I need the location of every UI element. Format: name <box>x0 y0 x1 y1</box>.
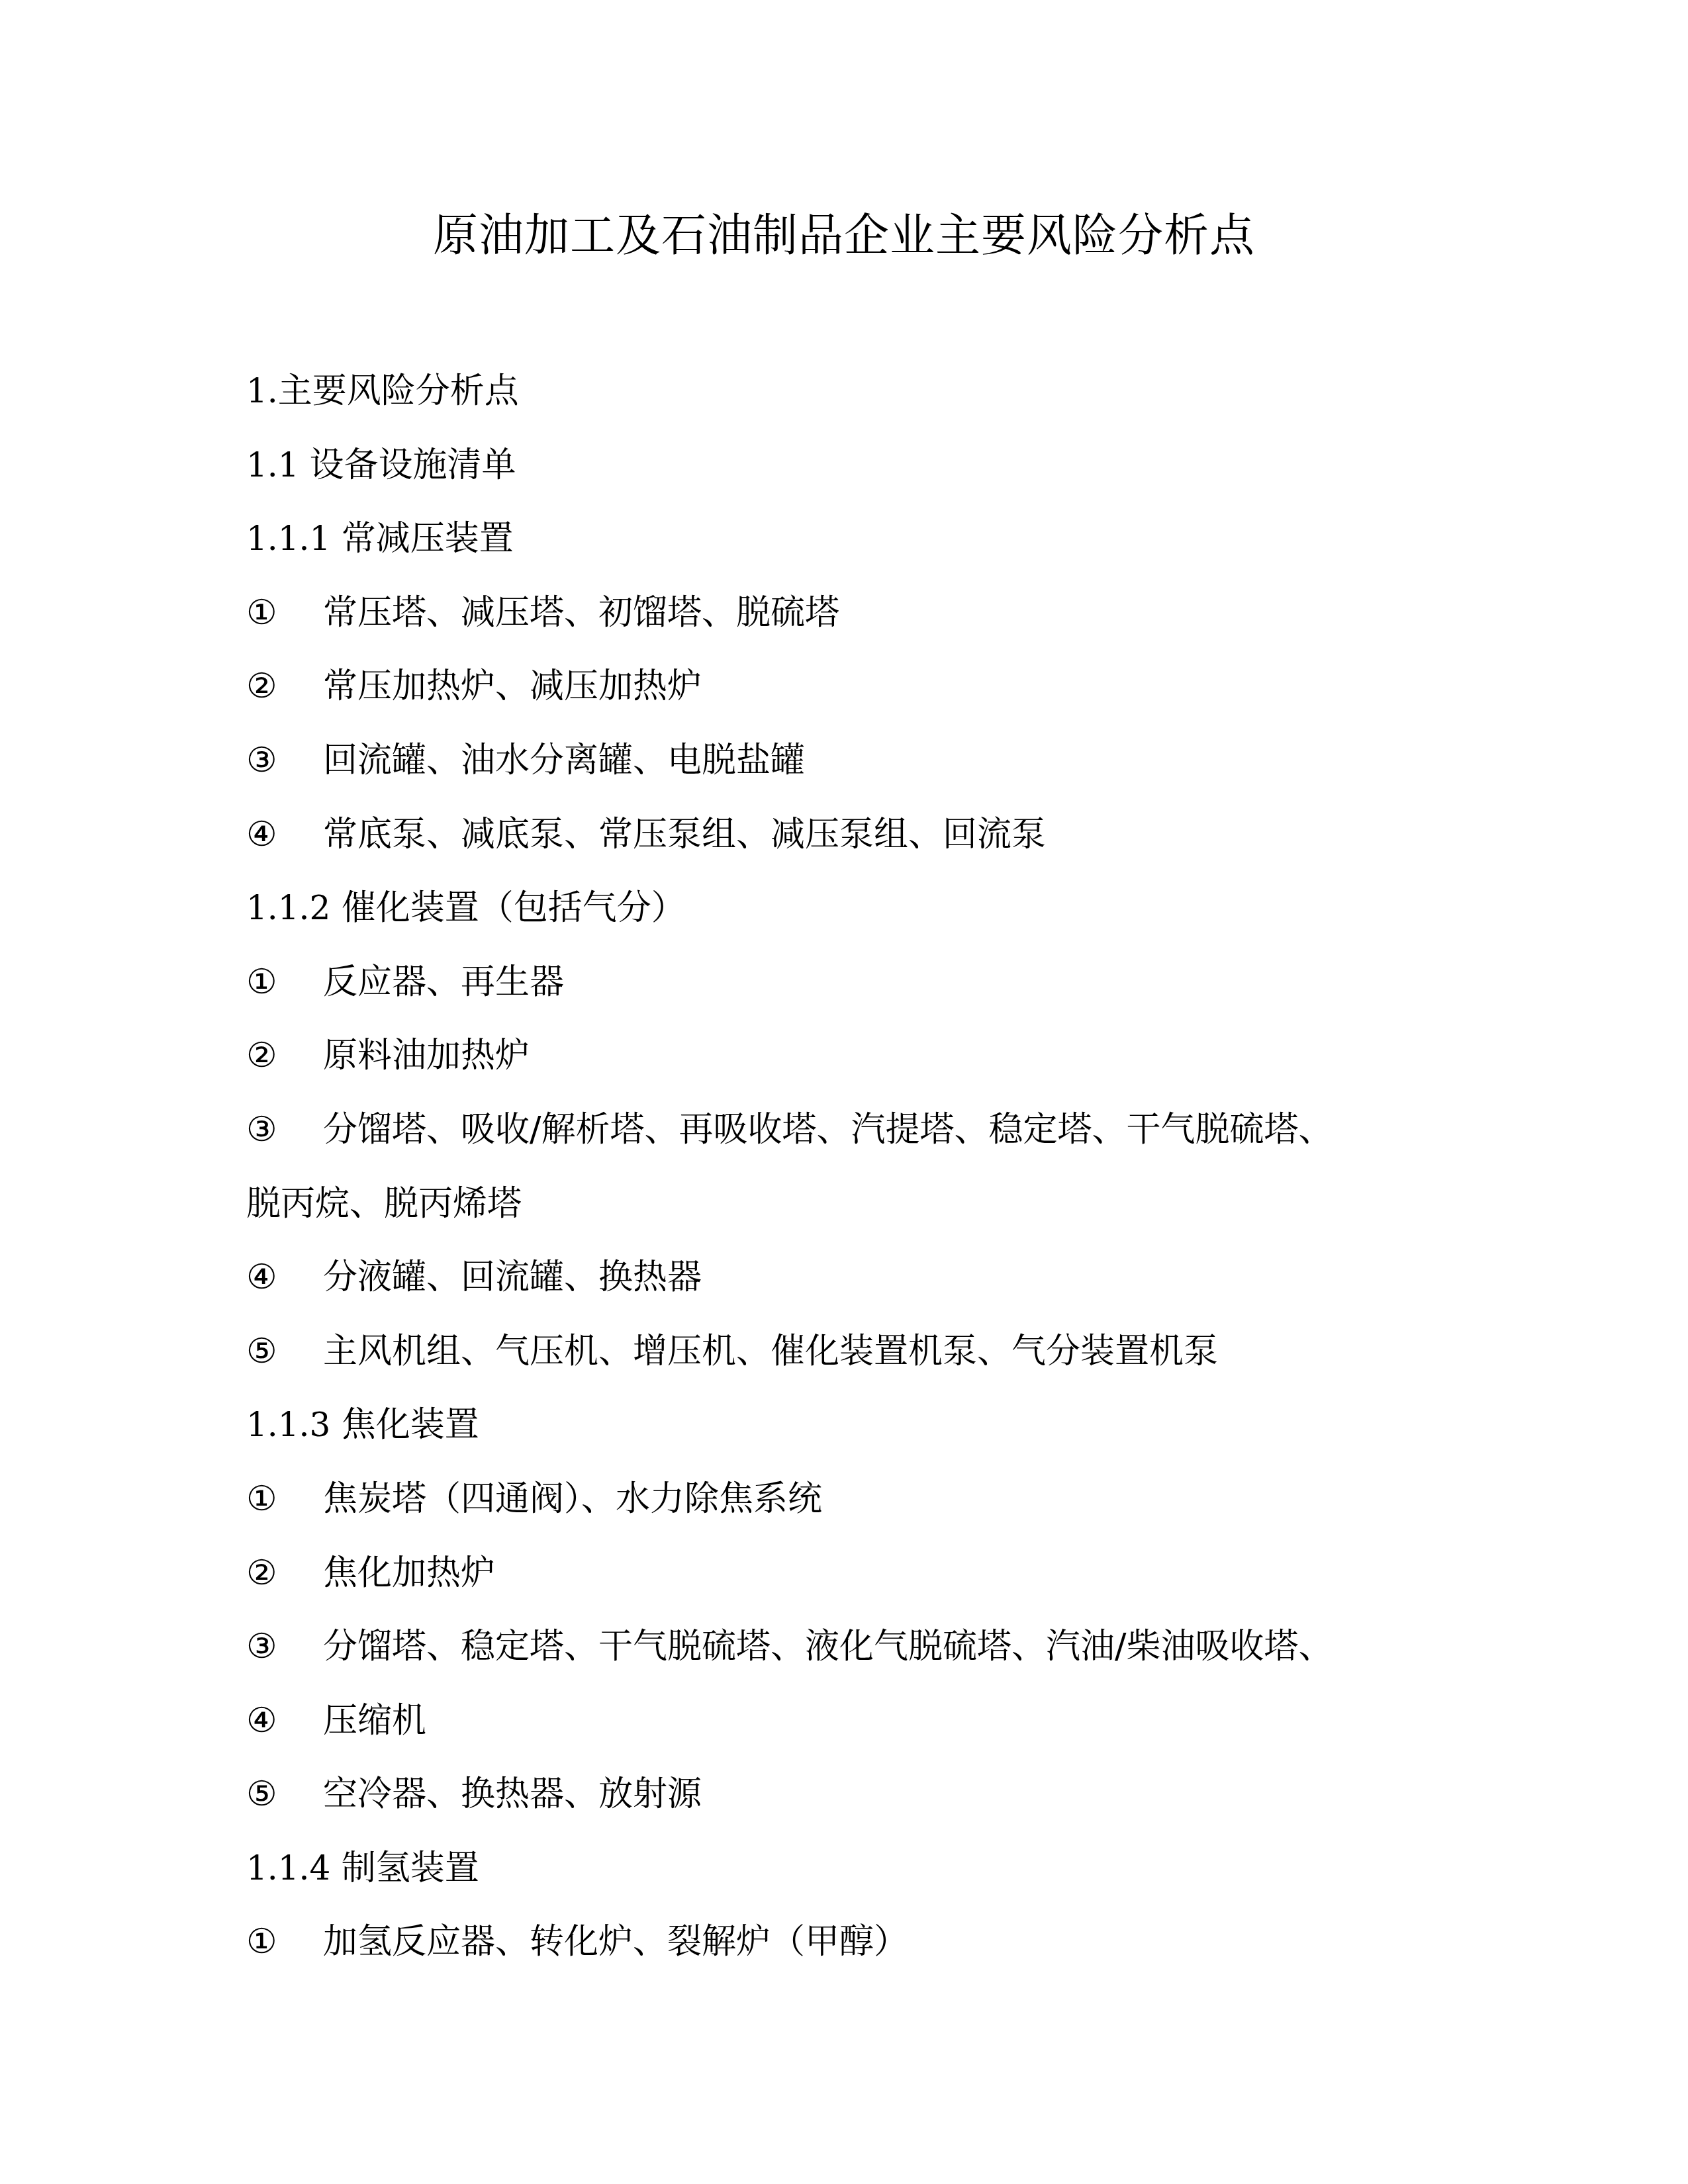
circled-number: ② <box>246 1549 323 1597</box>
list-item: ④常底泵、减底泵、常压泵组、减压泵组、回流泵 <box>246 811 1471 885</box>
section-heading-1-1-4: 1.1.4 制氢装置 <box>246 1844 1471 1919</box>
section-number: 1.1.1 <box>246 520 330 558</box>
section-heading-1-1-2: 1.1.2 催化装置（包括气分） <box>246 884 1471 958</box>
list-item: ⑤主风机组、气压机、增压机、催化装置机泵、气分装置机泵 <box>246 1328 1471 1402</box>
circled-number: ① <box>246 1918 323 1966</box>
circled-number: ① <box>246 589 323 637</box>
list-item: ⑤空冷器、换热器、放射源 <box>246 1770 1471 1844</box>
document-title: 原油加工及石油制品企业主要风险分析点 <box>0 206 1688 266</box>
list-item: ②焦化加热炉 <box>246 1549 1471 1623</box>
section-title: 主要风险分析点 <box>278 371 519 411</box>
list-item-text: 反应器、再生器 <box>323 962 564 1002</box>
list-item-text: 原料油加热炉 <box>323 1036 530 1075</box>
list-item: ③分馏塔、吸收/解析塔、再吸收塔、汽提塔、稳定塔、干气脱硫塔、 <box>246 1106 1471 1180</box>
list-item-continuation: 脱丙烷、脱丙烯塔 <box>246 1180 1471 1254</box>
list-item: ①反应器、再生器 <box>246 958 1471 1032</box>
list-item: ②原料油加热炉 <box>246 1032 1471 1106</box>
section-number: 1.1.3 <box>246 1406 330 1444</box>
section-heading-1-1-1: 1.1.1 常减压装置 <box>246 515 1471 589</box>
circled-number: ① <box>246 1475 323 1523</box>
list-item-text: 主风机组、气压机、增压机、催化装置机泵、气分装置机泵 <box>323 1332 1218 1371</box>
list-item: ③回流罐、油水分离罐、电脱盐罐 <box>246 737 1471 811</box>
section-title: 常减压装置 <box>342 519 514 559</box>
list-item-text: 脱丙烷、脱丙烯塔 <box>246 1184 522 1224</box>
section-title: 催化装置（包括气分） <box>342 888 686 928</box>
list-item: ②常压加热炉、减压加热炉 <box>246 662 1471 737</box>
list-item: ③分馏塔、稳定塔、干气脱硫塔、液化气脱硫塔、汽油/柴油吸收塔、 <box>246 1623 1471 1697</box>
section-heading-1-1: 1.1 设备设施清单 <box>246 441 1471 516</box>
circled-number: ④ <box>246 811 323 858</box>
list-item-text: 回流罐、油水分离罐、电脱盐罐 <box>323 741 805 780</box>
list-item-text: 加氢反应器、转化炉、裂解炉（甲醇） <box>323 1922 908 1962</box>
section-title: 设备设施清单 <box>309 445 516 485</box>
circled-number: ③ <box>246 1623 323 1670</box>
list-item-text: 分馏塔、稳定塔、干气脱硫塔、液化气脱硫塔、汽油/柴油吸收塔、 <box>323 1627 1333 1666</box>
section-heading-1: 1.主要风险分析点 <box>246 367 1471 441</box>
section-title: 焦化装置 <box>342 1405 479 1445</box>
circled-number: ⑤ <box>246 1770 323 1818</box>
list-item: ①焦炭塔（四通阀）、水力除焦系统 <box>246 1475 1471 1549</box>
circled-number: ④ <box>246 1253 323 1301</box>
circled-number: ② <box>246 662 323 710</box>
circled-number: ③ <box>246 1106 323 1154</box>
list-item-text: 压缩机 <box>323 1701 426 1741</box>
document-body: 1.主要风险分析点 1.1 设备设施清单 1.1.1 常减压装置 ①常压塔、减压… <box>246 367 1471 1992</box>
circled-number: ③ <box>246 737 323 784</box>
section-number: 1.1 <box>246 446 309 484</box>
list-item-text: 分液罐、回流罐、换热器 <box>323 1257 702 1297</box>
section-heading-1-1-3: 1.1.3 焦化装置 <box>246 1401 1471 1475</box>
list-item-text: 焦化加热炉 <box>323 1553 495 1593</box>
list-item-text: 常底泵、减底泵、常压泵组、减压泵组、回流泵 <box>323 815 1046 854</box>
list-item-text: 焦炭塔（四通阀）、水力除焦系统 <box>323 1479 822 1519</box>
list-item-text: 常压塔、减压塔、初馏塔、脱硫塔 <box>323 593 839 633</box>
circled-number: ① <box>246 958 323 1006</box>
section-number: 1.1.2 <box>246 889 330 927</box>
section-number: 1. <box>246 372 278 410</box>
list-item-text: 分馏塔、吸收/解析塔、再吸收塔、汽提塔、稳定塔、干气脱硫塔、 <box>323 1110 1333 1150</box>
circled-number: ④ <box>246 1697 323 1745</box>
section-title: 制氢装置 <box>342 1848 479 1888</box>
list-item: ①加氢反应器、转化炉、裂解炉（甲醇） <box>246 1918 1471 1992</box>
list-item: ①常压塔、减压塔、初馏塔、脱硫塔 <box>246 589 1471 663</box>
list-item: ④分液罐、回流罐、换热器 <box>246 1253 1471 1328</box>
section-number: 1.1.4 <box>246 1849 330 1888</box>
circled-number: ⑤ <box>246 1328 323 1375</box>
circled-number: ② <box>246 1032 323 1079</box>
list-item-text: 常压加热炉、减压加热炉 <box>323 666 702 706</box>
list-item: ④压缩机 <box>246 1697 1471 1771</box>
list-item-text: 空冷器、换热器、放射源 <box>323 1774 702 1814</box>
